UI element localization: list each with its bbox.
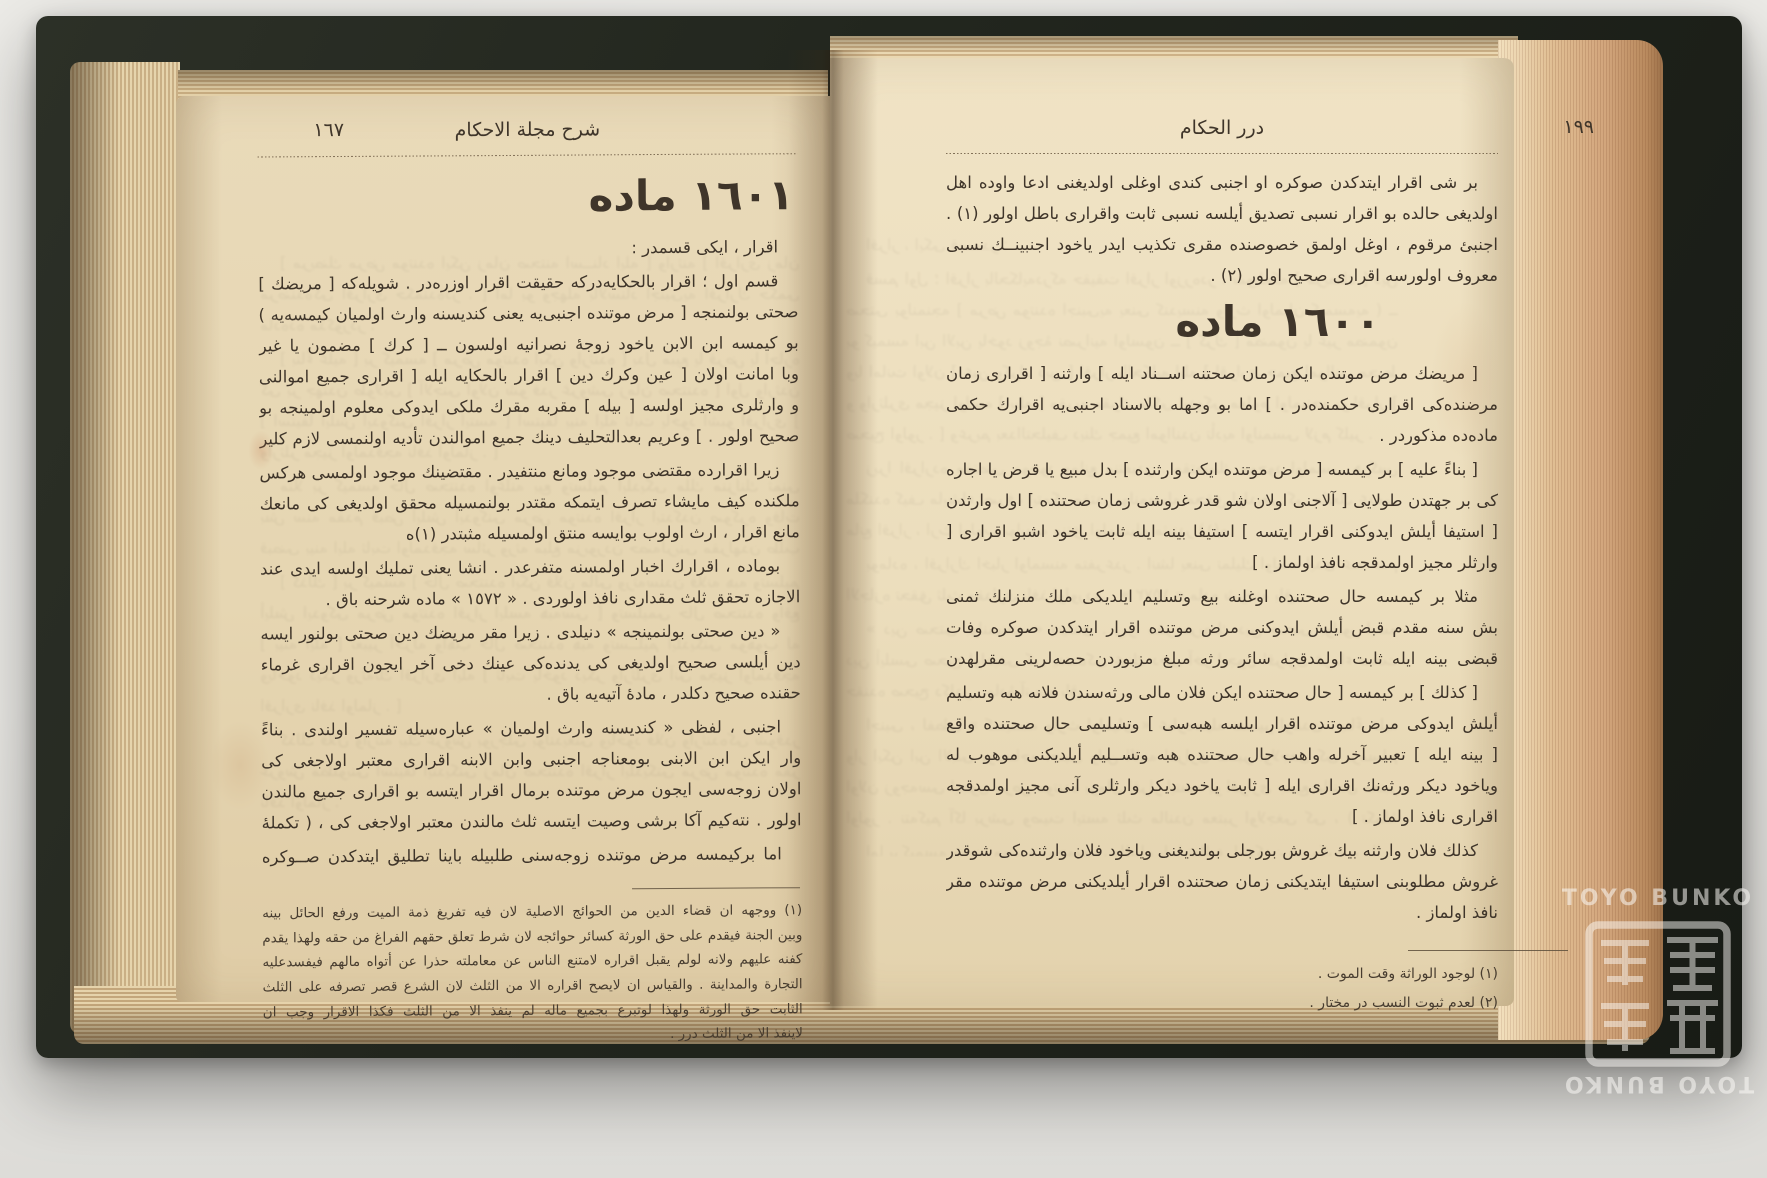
text-line: الثابت حق الورثة ولهذا لوتبرع بجميع ماله… bbox=[263, 997, 803, 1025]
text-line: لاينفذ الا من الثلث درر . bbox=[263, 1021, 803, 1049]
text-line: صحتى بولنمنجه [ مرض موتنده اجنبى‌يه يعنى… bbox=[258, 296, 798, 330]
watermark-text-bottom: TOYO BUNKO bbox=[1551, 1071, 1765, 1096]
paragraph: بر شى اقرار ايتدكدن صوكره او اجنبى كندى … bbox=[946, 167, 1498, 291]
page-edges-top-right bbox=[830, 36, 1518, 60]
text-line: [ مريضك مرض موتنده ايكن زمان صحتنه اســن… bbox=[946, 358, 1498, 389]
text-line: معروف اولورسه اقرارى صحيح اولور (٢) . bbox=[946, 260, 1498, 291]
article-heading-1600: ١٦٠٠ ماده bbox=[1004, 294, 1552, 350]
header-rule bbox=[946, 152, 1498, 155]
text-line: [ استيفا أيلش ايدوكنى اقرار ايتسه ] استي… bbox=[946, 516, 1498, 547]
paragraph: بوماده ، اقرارك اخبار اولمسنه متفرعدر . … bbox=[260, 550, 800, 615]
text-line: بش سنه مقدم قبض أيلش ايدوكنى مرض موتنده … bbox=[946, 612, 1498, 643]
text-line: (٢) لعدم ثبوت النسب در مختار . bbox=[946, 990, 1498, 1016]
paragraph: [ كذلك ] بر كيمسه [ حال صحتنده ايكن فلان… bbox=[946, 677, 1498, 832]
right-running-head: ١٩٩ درر الحكام bbox=[946, 108, 1498, 152]
text-line: و وارثلرى مجيز اولسه [ بيله ] مقربه مقرك… bbox=[259, 389, 799, 423]
photo-of-open-book: { "colors": { "backdrop": "#e9e8e4", "co… bbox=[0, 0, 1767, 1178]
text-line: اولان زوجه‌سى ايجون مرض موتنده برمال اقر… bbox=[261, 773, 801, 807]
text-line: مانع اقرار ، ارث اولوب بوايسه منتق اولمس… bbox=[260, 516, 800, 550]
paragraph: كذلك فلان وارثنه بيك غروش بورجلى بولنديغ… bbox=[946, 835, 1498, 928]
footnote-separator bbox=[1408, 950, 1568, 951]
text-line: صحيح اولور . ] وعريم بعدالتحليف دينك جمي… bbox=[259, 420, 799, 454]
right-running-title: درر الحكام bbox=[946, 108, 1498, 148]
right-body-text: [ مريضك مرض موتنده ايكن زمان صحتنه اســن… bbox=[946, 358, 1498, 928]
paragraph: اجنبى ، لفظى « كنديسنه وارث اولميان » عب… bbox=[261, 711, 802, 838]
text-line: (١) لوجود الوراثة وقت الموت . bbox=[946, 961, 1498, 987]
text-line: غروش مطلوبنى استيفا ايتديكنى زمان صحتنده… bbox=[946, 866, 1498, 897]
paragraph: (١) لوجود الوراثة وقت الموت . bbox=[946, 961, 1498, 987]
page-edges-fore-edge bbox=[1498, 40, 1663, 1040]
text-line: وبين الجنة فيقدم على حق الورثة كسائر حوا… bbox=[262, 923, 802, 951]
right-page: اقرار ، ايكى قسمدر :قسم اول ؛ اقرار بالح… bbox=[830, 58, 1514, 1006]
text-line: الاجازه تحقق ثلث مقدارى نافذ اولوردى . «… bbox=[260, 581, 800, 615]
text-line: اولديغى حالده بو اقرار نسبى تصديق أيلسه … bbox=[946, 198, 1498, 229]
text-line: (١) ووجهه ان قضاء الدين من الحوائج الاصل… bbox=[262, 898, 802, 926]
text-line: دين أيلسى صحيح اولديغى كى يدنده‌كى عينك … bbox=[261, 646, 801, 680]
text-line: نافذ اولماز . bbox=[946, 897, 1498, 928]
text-line: وبا امانت اولان [ عين وكرك دين ] اقرار ب… bbox=[259, 358, 799, 392]
text-line: قبضى بينه ايله ثابت اولمدقجه سائر ورثه م… bbox=[946, 643, 1498, 674]
paragraph: [ مريضك مرض موتنده ايكن زمان صحتنه اســن… bbox=[946, 358, 1498, 451]
text-line: حقنده صحيح دكلدر ، مادهٔ آتيه‌يه باق . bbox=[261, 677, 801, 711]
text-line: وياخود ديكر ورثه‌نك اقرارى ايله [ ثابت ي… bbox=[946, 770, 1498, 801]
left-page-number: ١٦٧ bbox=[313, 119, 344, 141]
text-line: بو كيمسه ابن الابن ياخود زوجهٔ نصرانيه ا… bbox=[259, 327, 799, 361]
right-body-text-before-heading: بر شى اقرار ايتدكدن صوكره او اجنبى كندى … bbox=[946, 167, 1498, 291]
text-line: مرضنده‌كى اقرارى حكمنده‌در . ] اما بو وج… bbox=[946, 389, 1498, 420]
text-line: اجنبئ مرقوم ، اوغل اولمق خصوصنده مقرى تك… bbox=[946, 229, 1498, 260]
text-line: اقرار ، ايكى قسمدر : bbox=[258, 231, 798, 265]
paragraph: اما بركيمسه مرض موتنده زوجه‌سنى طلبيله ب… bbox=[262, 838, 802, 872]
text-line: [ بناءً عليه ] بر كيمسه [ مرض موتنده ايك… bbox=[946, 454, 1498, 485]
paragraph: [ بناءً عليه ] بر كيمسه [ مرض موتنده ايك… bbox=[946, 454, 1498, 578]
article-heading-1601: ١٦٠١ ماده bbox=[258, 167, 794, 226]
text-line: اجنبى ، لفظى « كنديسنه وارث اولميان » عب… bbox=[261, 711, 801, 745]
paragraph: زيرا اقرارده مقتضى موجود ومانع منتفيدر .… bbox=[259, 454, 800, 550]
left-footnotes: (١) ووجهه ان قضاء الدين من الحوائج الاصل… bbox=[262, 898, 803, 1049]
text-line: ماده‌ده مذكوردر . bbox=[946, 420, 1498, 451]
paragraph: اقرار ، ايكى قسمدر : bbox=[258, 231, 798, 265]
footnote-separator bbox=[632, 887, 800, 889]
text-line: كذلك فلان وارثنه بيك غروش بورجلى بولنديغ… bbox=[946, 835, 1498, 866]
text-line: وارثلر مجيز اولمدقجه نافذ اولماز . ] bbox=[946, 547, 1498, 578]
text-line: اولور . نته‌كيم آكا برشى وصيت ايتسه ثلث … bbox=[262, 804, 802, 838]
text-line: وار ايكن ابن الابنى بومعناجه اجنبى وابن … bbox=[261, 742, 801, 776]
left-page: [ مريضك مرض موتنده ايكن زمان صحتنه اســن… bbox=[176, 96, 830, 1002]
text-line: التجارة والمداينة . والقياس ان لايصح اقر… bbox=[263, 972, 803, 1000]
text-line: اقرارى نافذ اولماز . ] bbox=[946, 801, 1498, 832]
text-line: [ كذلك ] بر كيمسه [ حال صحتنده ايكن فلان… bbox=[946, 677, 1498, 708]
paragraph: (٢) لعدم ثبوت النسب در مختار . bbox=[946, 990, 1498, 1016]
text-line: اما بركيمسه مرض موتنده زوجه‌سنى طلبيله ب… bbox=[262, 838, 802, 872]
text-line: مثلا بر كيمسه حال صحتنده اوغلنه بيع وتسل… bbox=[946, 581, 1498, 612]
text-line: كفنه عليهم ولانه لولم يقبل اقراره لامتنع… bbox=[262, 947, 802, 975]
text-line: أيلش ايدوكى مرض موتنده اقرار ايلسه هبه‌س… bbox=[946, 708, 1498, 739]
left-running-head: ١٦٧ شرح مجلة الاحكام bbox=[257, 108, 797, 155]
paragraph: مثلا بر كيمسه حال صحتنده اوغلنه بيع وتسل… bbox=[946, 581, 1498, 674]
paragraph: (١) ووجهه ان قضاء الدين من الحوائج الاصل… bbox=[262, 898, 803, 1049]
right-page-number: ١٩٩ bbox=[1563, 116, 1594, 138]
text-line: [ بينه ايله ] تعبير آخرله واهب حال صحتند… bbox=[946, 739, 1498, 770]
text-line: « دين صحتى بولنمينجه » دنيلدى . زيرا مقر… bbox=[260, 615, 800, 649]
text-line: قسم اول ؛ اقرار بالحكايه‌دركه حقيقت اقرا… bbox=[258, 265, 798, 299]
text-line: بوماده ، اقرارك اخبار اولمسنه متفرعدر . … bbox=[260, 550, 800, 584]
text-line: كى بر جهتدن طولايى [ آلاجنى اولان شو قدر… bbox=[946, 485, 1498, 516]
text-line: ملكنده كيف مايشاء تصرف ايتمكه مقتدر بولن… bbox=[260, 485, 800, 519]
page-edges-left bbox=[70, 62, 180, 1034]
paragraph: قسم اول ؛ اقرار بالحكايه‌دركه حقيقت اقرا… bbox=[258, 265, 799, 454]
text-line: بر شى اقرار ايتدكدن صوكره او اجنبى كندى … bbox=[946, 167, 1498, 198]
text-line: زيرا اقرارده مقتضى موجود ومانع منتفيدر .… bbox=[259, 454, 799, 488]
paragraph: « دين صحتى بولنمينجه » دنيلدى . زيرا مقر… bbox=[260, 615, 801, 711]
right-footnotes: (١) لوجود الوراثة وقت الموت .(٢) لعدم ثب… bbox=[946, 961, 1498, 1016]
left-body-text: اقرار ، ايكى قسمدر :قسم اول ؛ اقرار بالح… bbox=[258, 231, 802, 872]
